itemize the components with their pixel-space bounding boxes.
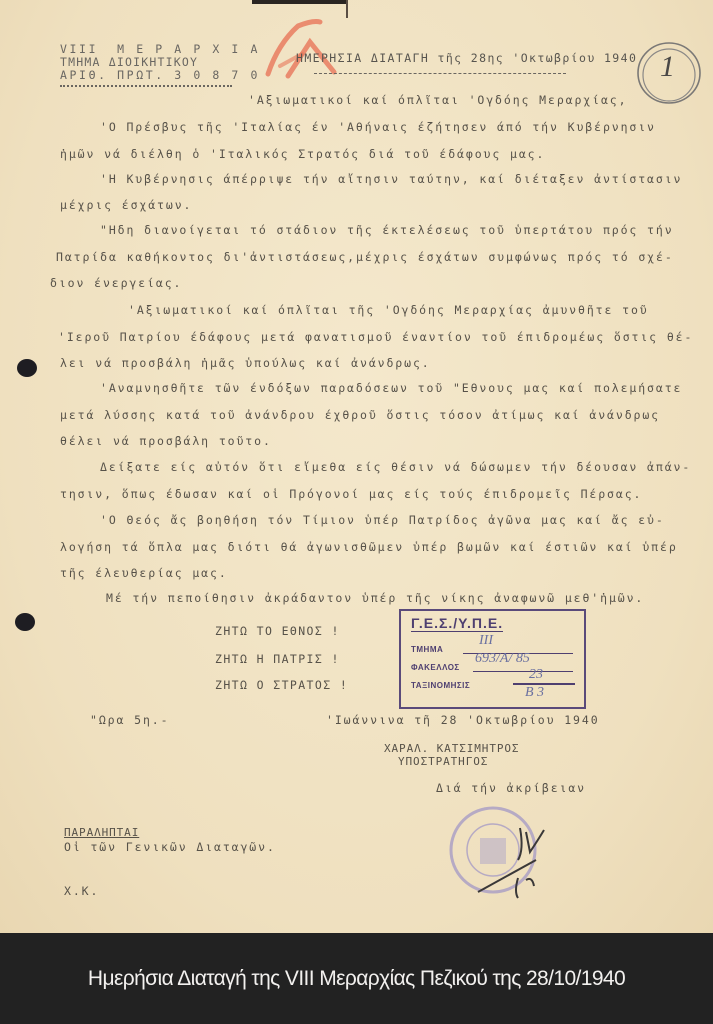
stamp-section-value: III [479,633,493,649]
body-line: διον ένεργείας. [50,276,182,290]
body-line: τησιν, ὅπως έδωσαν καί οἱ Πρόγονοί μας ε… [60,487,642,501]
body-line: μέχρις έσχάτων. [60,198,192,212]
body-line: μετά λύσσης κατά τοῦ ἀνάνδρου έχθροῦ ὅστ… [60,408,660,422]
department-name: ΤΜΗΜΑ ΔΙΟΙΚΗΤΙΚΟΥ [60,55,198,69]
stamp-section-label: ΤΜΗΜΑ [411,645,443,654]
document-page: 1 VIII Μ Ε Ρ Α Ρ Χ Ι Α ΤΜΗΜΑ ΔΙΟΙΚΗΤΙΚΟΥ… [0,0,713,933]
stamp-title: Γ.Ε.Σ./Υ.Π.Ε. [411,615,503,632]
caption-bar: Ημερήσια Διαταγή της VIII Μεραρχίας Πεζι… [0,933,713,1024]
punch-hole-icon [17,359,37,377]
body-line: Μέ τήν πεποίθησιν ἀκράδαντον ὑπέρ τῆς νί… [106,591,644,605]
signatory-rank: ΥΠΟΣΤΡΑΤΗΓΟΣ [398,755,488,769]
stamp-folder-label: ΦΑΚΕΛΛΟΣ [411,663,460,672]
stamp-folder-value: 693/Α/ 85 [475,651,530,667]
body-line: 'Η Κυβέρνησις άπέρριψε τήν αἴτησιν ταύτη… [100,172,682,186]
time-note: "Ωρα 5η.- [90,713,169,727]
body-line: ἡμῶν νά διέλθη ὁ 'Ιταλικός Στρατός διά τ… [60,147,545,161]
initials: Χ.Κ. [64,884,99,898]
body-line: 'Ιεροῦ Πατρίου έδάφους μετά φανατισμοῦ έ… [58,330,693,344]
body-line: Πατρίδα καθήκοντος δι'ἀντιστάσεως,μέχρις… [56,250,674,264]
document-title: ΗΜΕΡΗΣΙΑ ΔΙΑΤΑΓΗ τῆς 28ης 'Οκτωβρίου 194… [296,51,637,65]
certification-note: Διά τήν ἀκρίβειαν [436,781,586,795]
body-line: "Ηδη διανοίγεται τό στάδιον τῆς έκτελέσε… [100,223,674,237]
body-line: 'Αξιωματικοί καί όπλῖται τῆς 'Ογδόης Μερ… [128,303,649,317]
title-dashed-rule [314,73,566,74]
body-line: 'Ο Θεός ἄς βοηθήση τόν Τίμιον ὑπέρ Πατρί… [100,513,665,527]
recipients-value: Οἱ τῶν Γενικῶν Διαταγῶν. [64,840,276,854]
stamp-rule [473,671,573,672]
page-number: 1 [660,52,675,82]
body-line: θέλει νά προσβάλη τοῦτο. [60,434,272,448]
cheer-nation: ΖΗΤΩ ΤΟ ΕΘΝΟΣ ! [215,624,340,638]
division-seal-icon [448,800,548,900]
punch-hole-icon [15,613,35,631]
body-line: 'Ο Πρέσβυς τῆς 'Ιταλίας έν 'Αθήναις έζήτ… [100,120,656,134]
body-line: 'Αναμνησθῆτε τῶν ένδόξων παραδόσεων τοῦ … [100,381,682,395]
recipients-label: ΠΑΡΑΛΗΠΤΑΙ [64,826,139,840]
stamp-classification-label: ΤΑΞΙΝΟΜΗΣΙΣ [411,681,470,690]
body-line: τῆς έλευθερίας μας. [60,566,228,580]
body-line: λογήση τά ὅπλα μας διότι θά ἀγωνισθῶμεν … [60,540,678,554]
stamp-classification-bottom: Β 3 [525,685,544,701]
salutation: 'Αξιωματικοί καί όπλῖται 'Ογδόης Μεραρχί… [248,93,627,107]
signatory-name: ΧΑΡΑΛ. ΚΑΤΣΙΜΗΤΡΟΣ [384,742,519,756]
archive-stamp: Γ.Ε.Σ./Υ.Π.Ε. ΤΜΗΜΑ III ΦΑΚΕΛΛΟΣ 693/Α/ … [399,609,586,709]
paper-edge-shadow [252,0,348,4]
protocol-number: ΑΡΙΘ. ΠΡΩΤ. 3 0 8 7 0 [60,68,260,82]
division-name: VIII Μ Ε Ρ Α Ρ Χ Ι Α [60,42,260,56]
body-line: λει νά προσβάλη ἡμᾶς ὑπούλως καί ἀνάνδρω… [60,356,431,370]
cheer-army: ΖΗΤΩ Ο ΣΤΡΑΤΟΣ ! [215,678,348,692]
caption-text: Ημερήσια Διαταγή της VIII Μεραρχίας Πεζι… [88,967,625,991]
body-line: Δείξατε είς αὐτόν ὅτι εἴμεθα είς θέσιν ν… [100,460,691,474]
header-dotted-rule [60,85,232,87]
stamp-classification-top: 23 [529,667,543,683]
cheer-homeland: ΖΗΤΩ Η ΠΑΤΡΙΣ ! [215,652,340,666]
place-date: 'Ιωάννινα τῆ 28 'Οκτωβρίου 1940 [326,713,600,727]
